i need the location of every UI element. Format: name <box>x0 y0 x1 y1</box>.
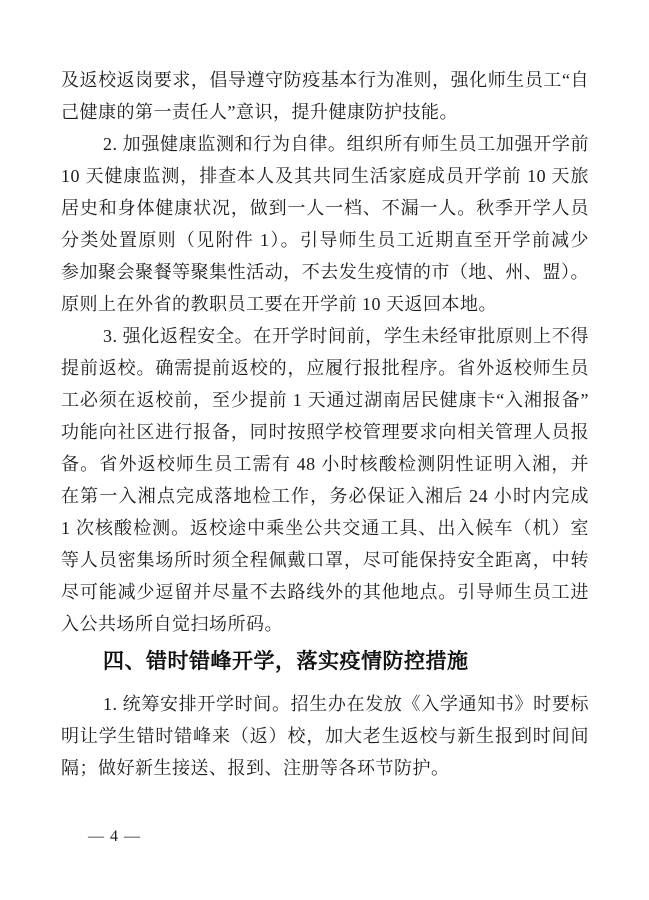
body-line: 参加聚会聚餐等聚集性活动，不去发生疫情的市（地、州、盟）。 <box>61 256 589 288</box>
document-page: 及返校返岗要求，倡导遵守防疫基本行为准则，强化师生员工“自己健康的第一责任人”意… <box>0 0 649 900</box>
body-line: 己健康的第一责任人”意识，提升健康防护技能。 <box>61 96 589 128</box>
body-line: 10 天健康监测，排查本人及其共同生活家庭成员开学前 10 天旅 <box>61 160 589 192</box>
body-line: 提前返校。确需提前返校的，应履行报批程序。省外返校师生员 <box>61 352 589 384</box>
body-line: 居史和身体健康状况，做到一人一档、不漏一人。秋季开学人员 <box>61 192 589 224</box>
body-line: 及返校返岗要求，倡导遵守防疫基本行为准则，强化师生员工“自 <box>61 64 589 96</box>
body-line: 在第一入湘点完成落地检工作，务必保证入湘后 24 小时内完成 <box>61 480 589 512</box>
page-number: — 4 — <box>88 828 141 846</box>
document-body: 及返校返岗要求，倡导遵守防疫基本行为准则，强化师生员工“自己健康的第一责任人”意… <box>61 64 589 784</box>
body-line: 2. 加强健康监测和行为自律。组织所有师生员工加强开学前 <box>61 128 589 160</box>
body-line: 隔；做好新生接送、报到、注册等各环节防护。 <box>61 752 589 784</box>
body-line: 原则上在外省的教职员工要在开学前 10 天返回本地。 <box>61 288 589 320</box>
body-line: 3. 强化返程安全。在开学时间前，学生未经审批原则上不得 <box>61 320 589 352</box>
section-heading: 四、错时错峰开学，落实疫情防控措施 <box>61 646 589 678</box>
body-line: 尽可能减少逗留并尽量不去路线外的其他地点。引导师生员工进 <box>61 576 589 608</box>
body-line: 分类处置原则（见附件 1）。引导师生员工近期直至开学前减少 <box>61 224 589 256</box>
body-line: 明让学生错时错峰来（返）校，加大老生返校与新生报到时间间 <box>61 720 589 752</box>
body-line: 1. 统筹安排开学时间。招生办在发放《入学通知书》时要标 <box>61 688 589 720</box>
body-line: 入公共场所自觉扫场所码。 <box>61 608 589 640</box>
body-line: 工必须在返校前，至少提前 1 天通过湖南居民健康卡“入湘报备” <box>61 384 589 416</box>
body-line: 1 次核酸检测。返校途中乘坐公共交通工具、出入候车（机）室 <box>61 512 589 544</box>
body-line: 备。省外返校师生员工需有 48 小时核酸检测阴性证明入湘，并 <box>61 448 589 480</box>
body-line: 功能向社区进行报备，同时按照学校管理要求向相关管理人员报 <box>61 416 589 448</box>
body-line: 等人员密集场所时须全程佩戴口罩，尽可能保持安全距离，中转 <box>61 544 589 576</box>
